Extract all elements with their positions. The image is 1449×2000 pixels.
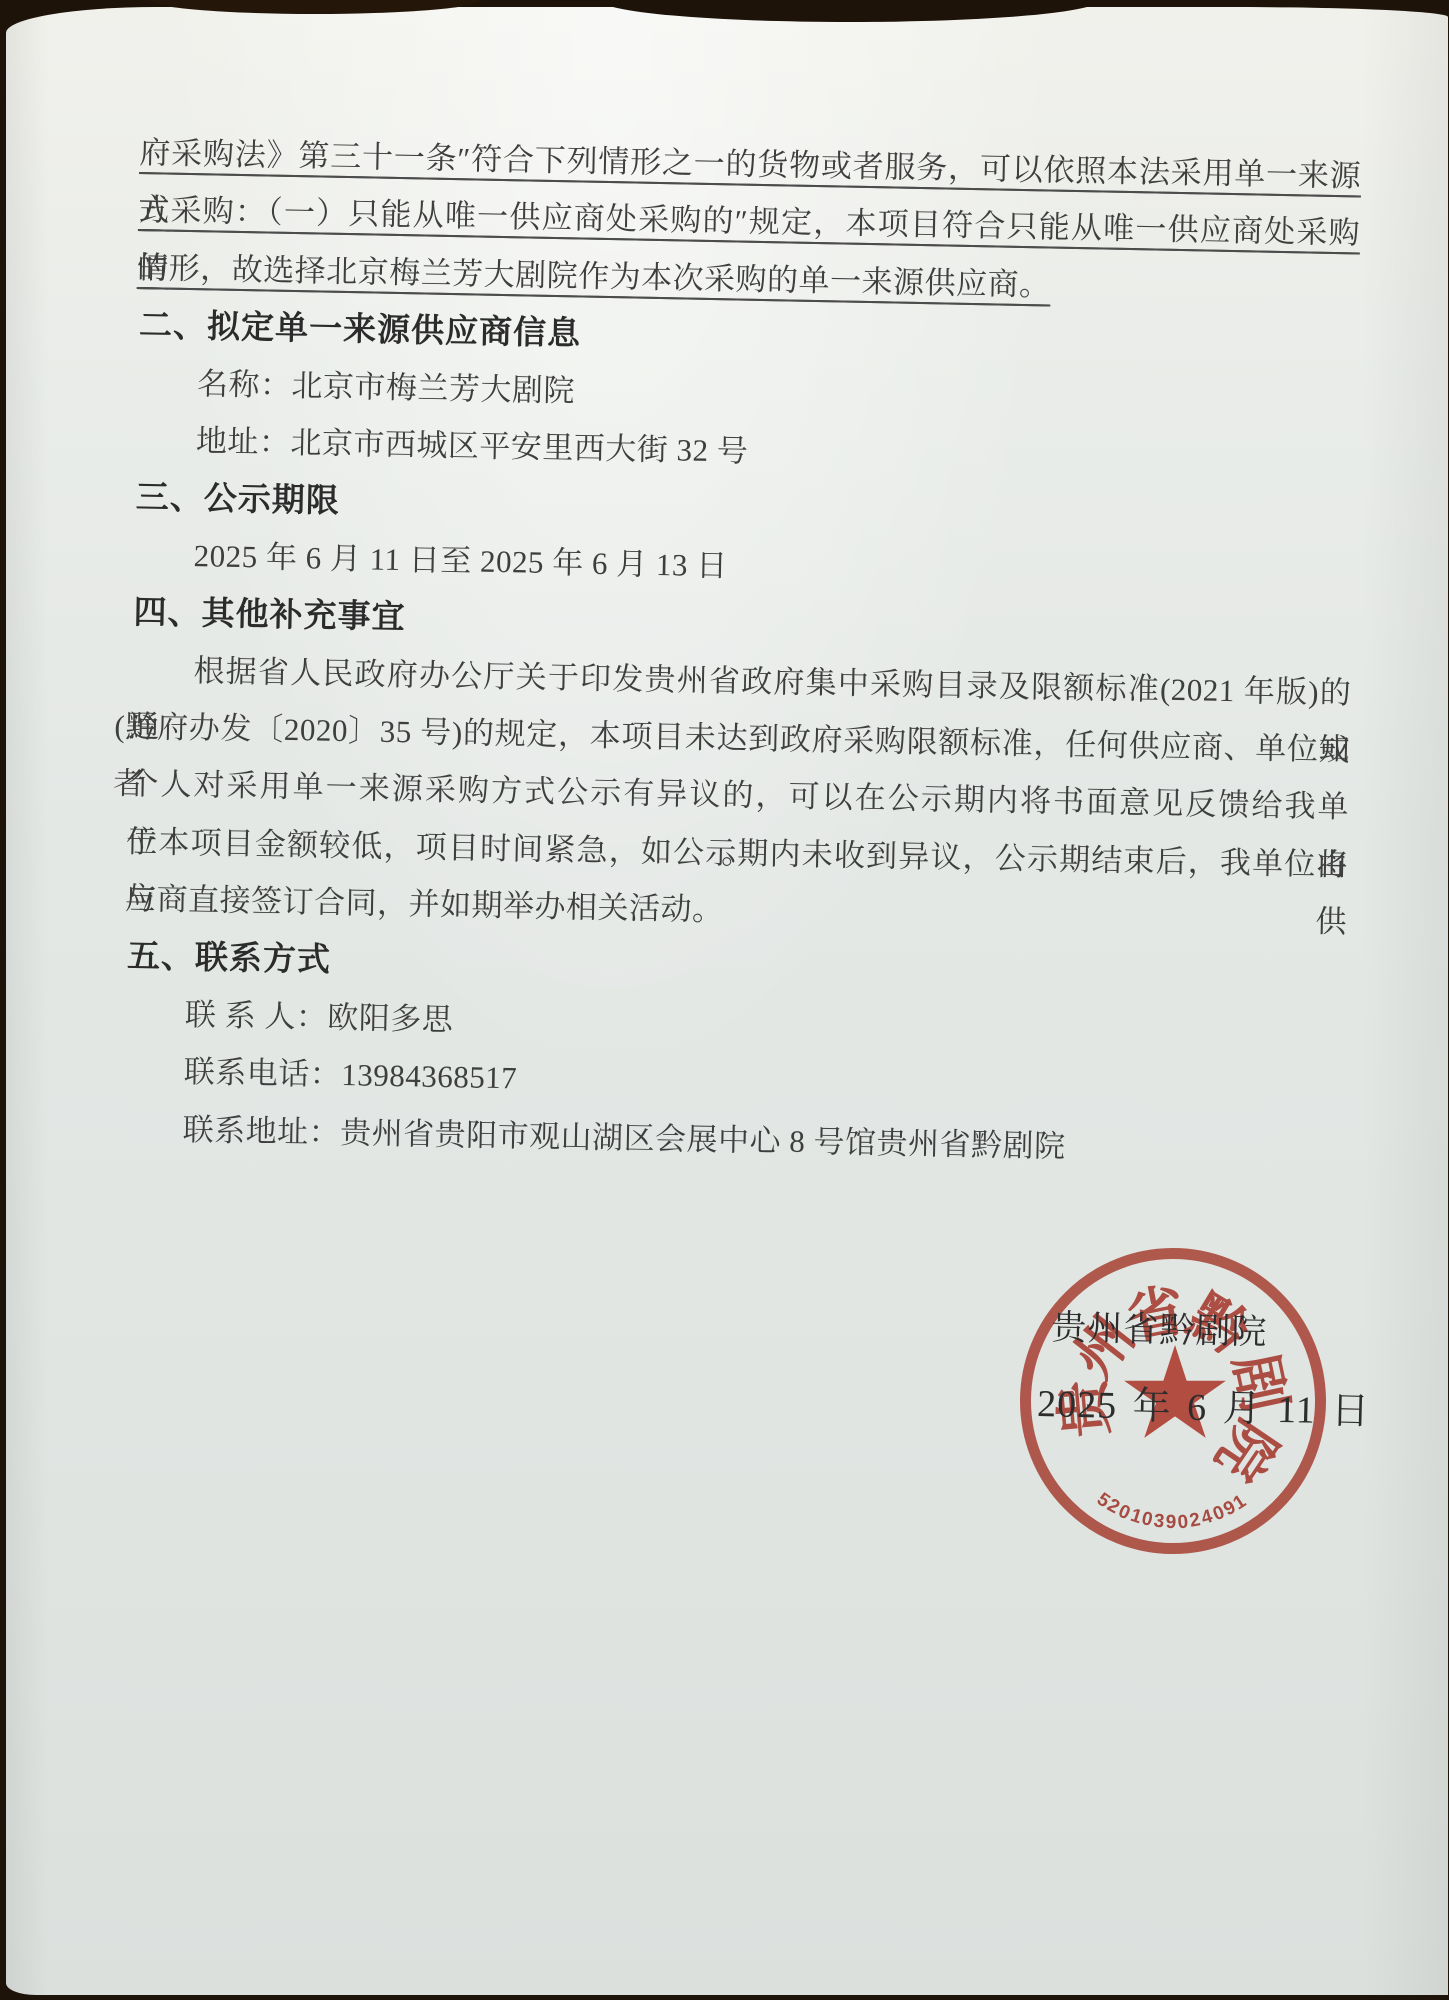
scanned-page-photo: 府采购法》第三十一条″符合下列情形之一的货物或者服务，可以依照本法采用单一来源方… [0,0,1449,2000]
seal-signature-date: 2025 年 6 月 11 日 [1037,1372,1371,1435]
seal-serial-char: 9 [1166,1512,1177,1534]
document-body: 府采购法》第三十一条″符合下列情形之一的货物或者服务，可以依照本法采用单一来源方… [120,124,1362,1180]
seal-signature-org: 贵州省黔剧院 [1051,1300,1268,1355]
